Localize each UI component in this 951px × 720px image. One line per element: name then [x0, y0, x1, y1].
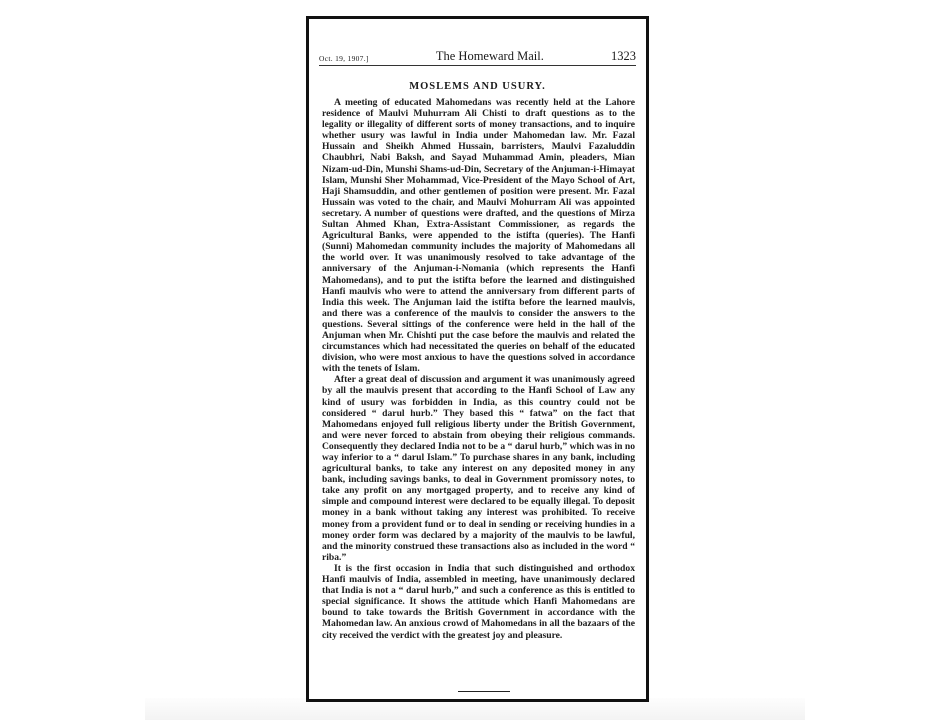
newspaper-clipping: Oct. 19, 1907.] The Homeward Mail. 1323 … — [306, 16, 649, 702]
page-number: 1323 — [611, 49, 636, 65]
issue-date: Oct. 19, 1907.] — [319, 54, 369, 65]
article-paragraph: After a great deal of discussion and arg… — [322, 374, 635, 563]
article-title: MOSLEMS AND USURY. — [309, 81, 646, 92]
end-rule — [458, 691, 510, 692]
page-header: Oct. 19, 1907.] The Homeward Mail. 1323 — [319, 49, 636, 66]
article-body: A meeting of educated Mahomedans was rec… — [322, 97, 635, 641]
publication-title: The Homeward Mail. — [436, 49, 544, 65]
article-paragraph: A meeting of educated Mahomedans was rec… — [322, 97, 635, 374]
article-paragraph: It is the first occasion in India that s… — [322, 563, 635, 641]
